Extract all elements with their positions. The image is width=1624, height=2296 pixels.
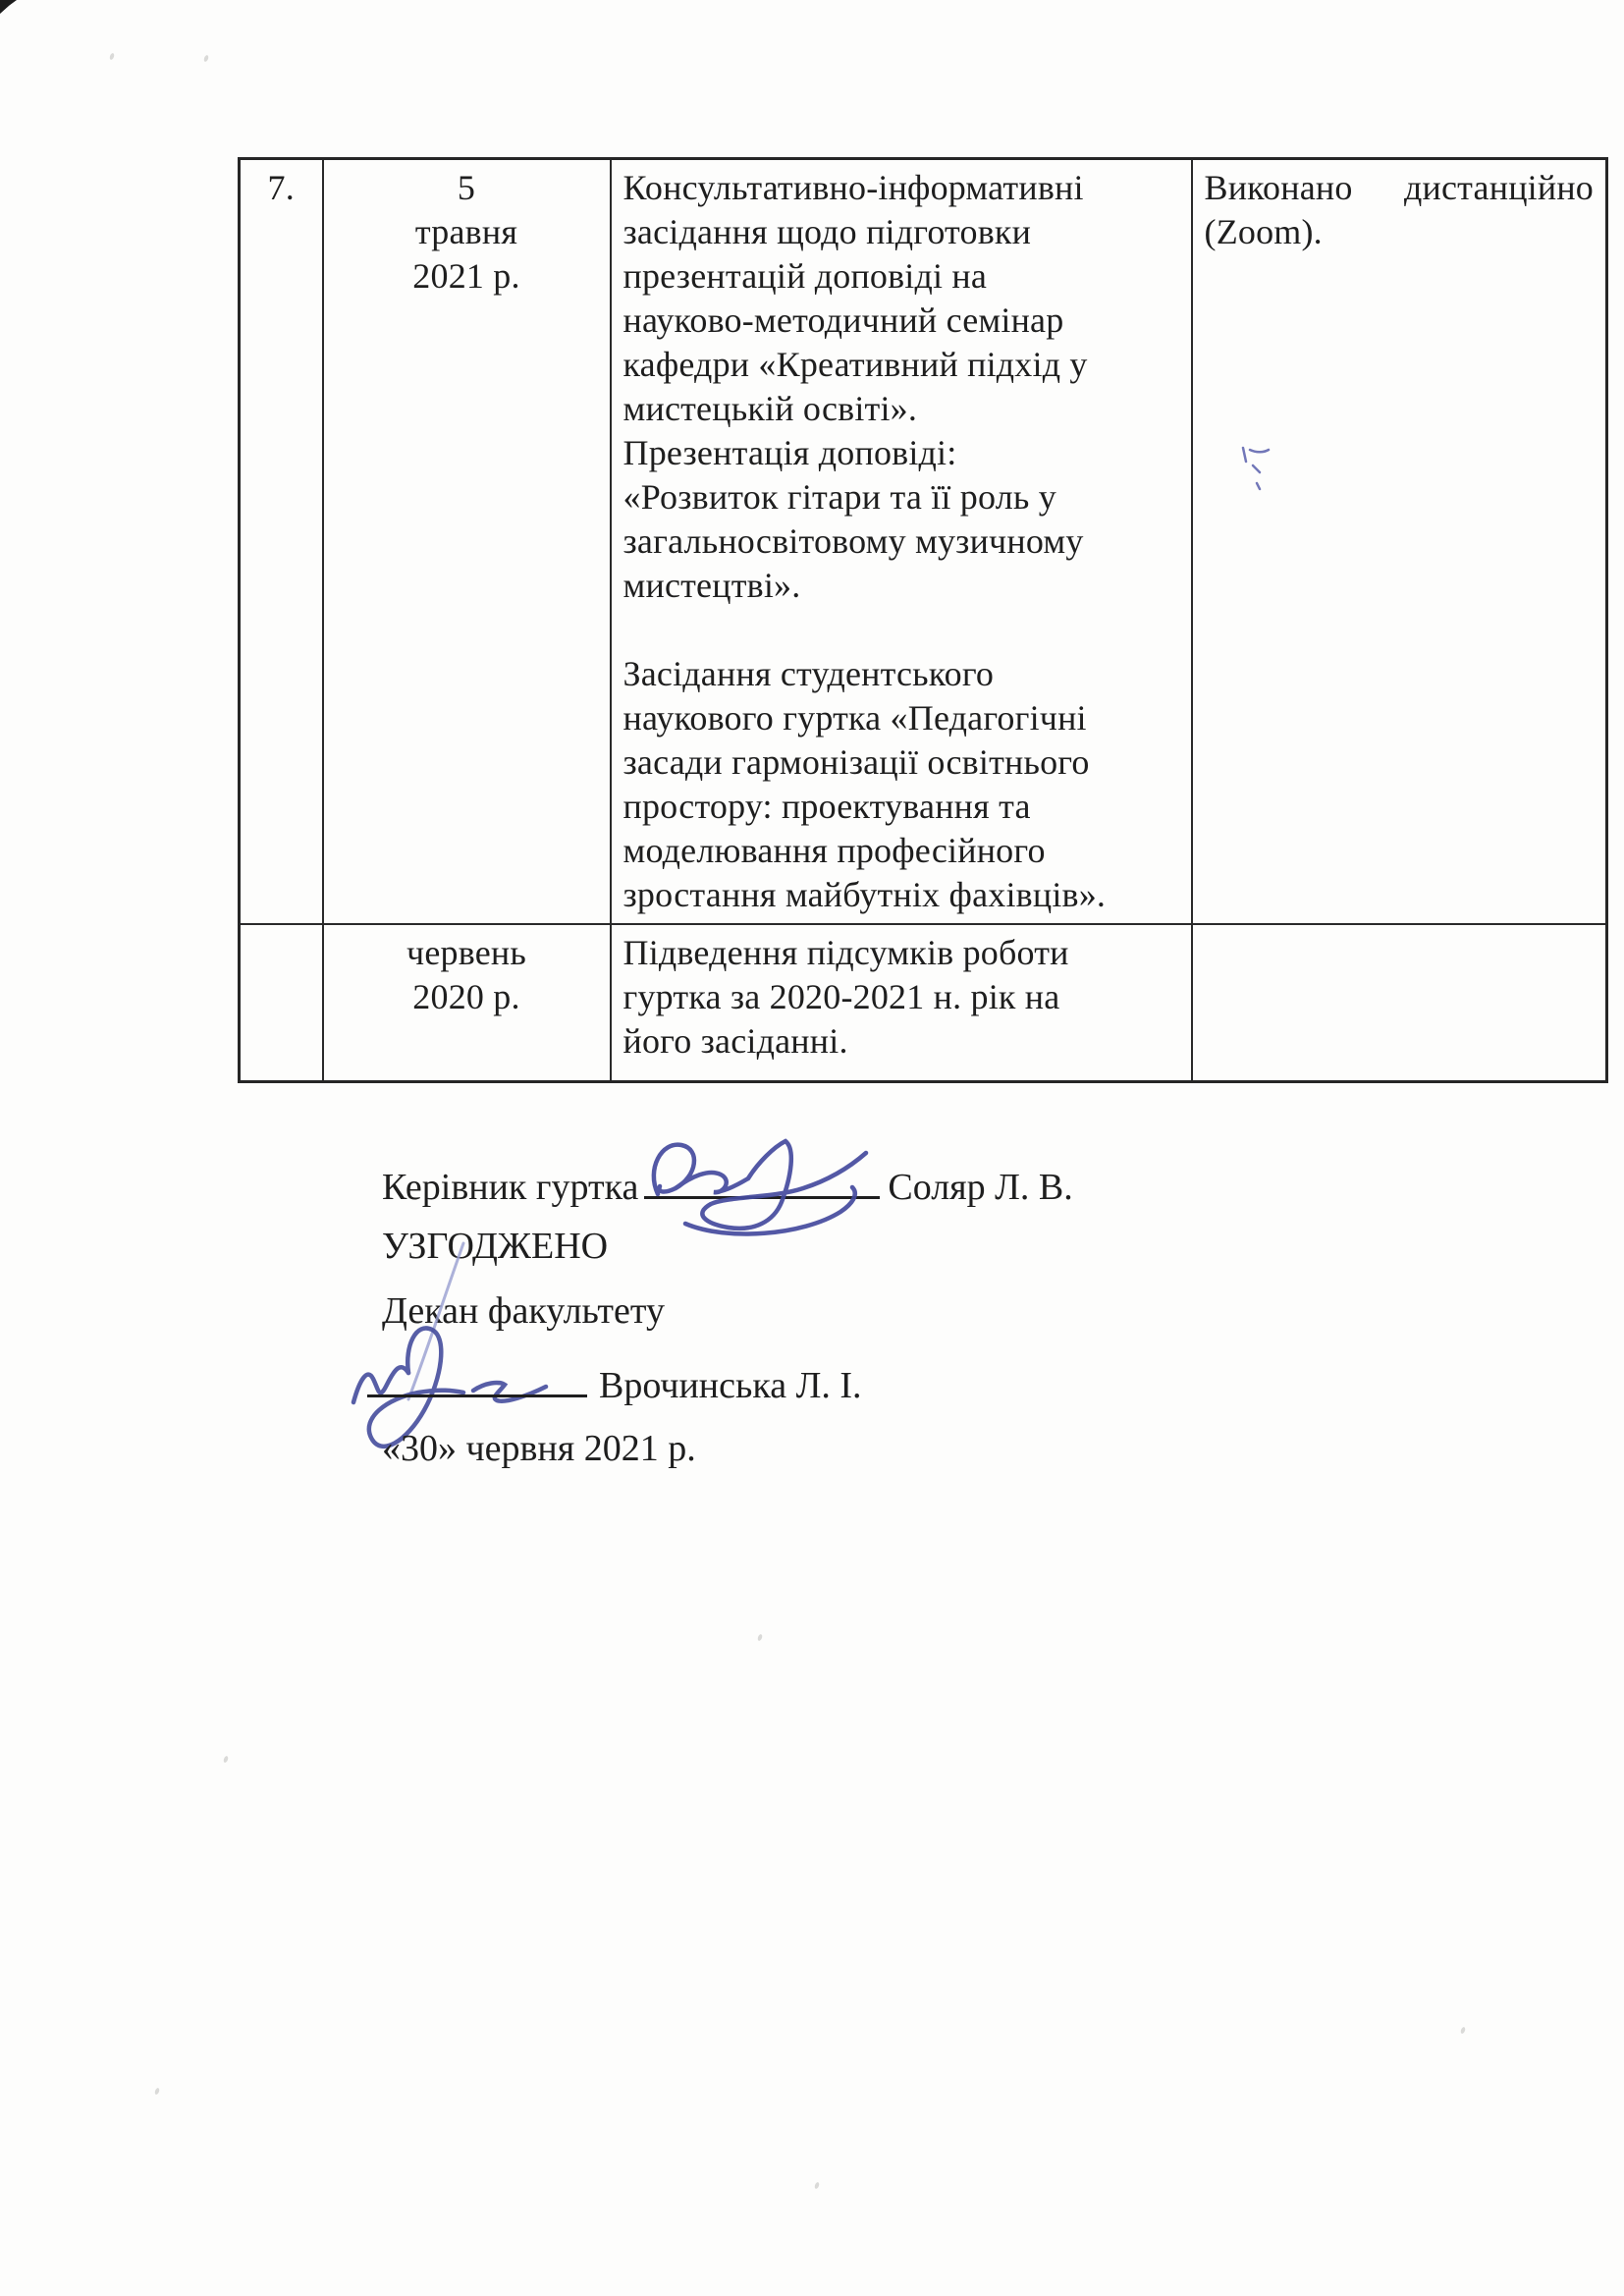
scan-speck bbox=[223, 1756, 229, 1764]
scan-corner-mark bbox=[0, 0, 17, 14]
activity-cell: Підведення підсумків роботи гуртка за 20… bbox=[611, 924, 1192, 1082]
dekan-title-line: Декан факультету bbox=[382, 1288, 665, 1334]
uzghodzheno-line: УЗГОДЖЕНО bbox=[382, 1224, 608, 1269]
table-row: 7. 5 травня 2021 р. Консультативно-інфор… bbox=[240, 159, 1607, 925]
scan-speck bbox=[154, 2088, 160, 2096]
kerivnyk-signature-line: Керівник гурткаСоляр Л. В. bbox=[382, 1163, 1073, 1210]
activity-plan-table: 7. 5 травня 2021 р. Консультативно-інфор… bbox=[238, 157, 1608, 1083]
dekan-label: Декан факультету bbox=[382, 1290, 665, 1332]
document-page: 7. 5 травня 2021 р. Консультативно-інфор… bbox=[0, 0, 1624, 2296]
table-row: червень 2020 р. Підведення підсумків роб… bbox=[240, 924, 1607, 1082]
date-cell: 5 травня 2021 р. bbox=[323, 159, 611, 925]
uzghodzheno-label: УЗГОДЖЕНО bbox=[382, 1226, 608, 1267]
scanned-document-page: { "page": { "background": "#fdfdfc", "in… bbox=[0, 0, 1624, 2296]
status-cell bbox=[1192, 924, 1607, 1082]
dekan-name: Врочинська Л. І. bbox=[599, 1365, 862, 1406]
signature-line bbox=[367, 1361, 587, 1397]
row-number-cell: 7. bbox=[240, 159, 323, 925]
status-word: Виконано bbox=[1205, 166, 1353, 210]
status-cell: Виконано дистанційно (Zoom). bbox=[1192, 159, 1607, 925]
date-cell: червень 2020 р. bbox=[323, 924, 611, 1082]
status-word: дистанційно bbox=[1404, 166, 1594, 210]
kerivnyk-label: Керівник гуртка bbox=[382, 1167, 638, 1208]
dekan-signature-line: Врочинська Л. І. bbox=[367, 1361, 862, 1408]
activity-cell: Консультативно-інформативні засідання що… bbox=[611, 159, 1192, 925]
approval-date-line: «30» червня 2021 р. bbox=[382, 1426, 696, 1471]
approval-date: «30» червня 2021 р. bbox=[382, 1428, 696, 1469]
status-line: Виконано дистанційно bbox=[1205, 166, 1595, 210]
scan-speck bbox=[814, 2182, 820, 2190]
scan-speck bbox=[1460, 2027, 1466, 2035]
status-line: (Zoom). bbox=[1205, 210, 1595, 254]
scan-speck bbox=[757, 1634, 763, 1642]
signature-line bbox=[644, 1163, 880, 1199]
scan-speck bbox=[109, 53, 115, 61]
scan-speck bbox=[203, 55, 209, 63]
row-number-cell bbox=[240, 924, 323, 1082]
kerivnyk-name: Соляр Л. В. bbox=[888, 1167, 1072, 1208]
